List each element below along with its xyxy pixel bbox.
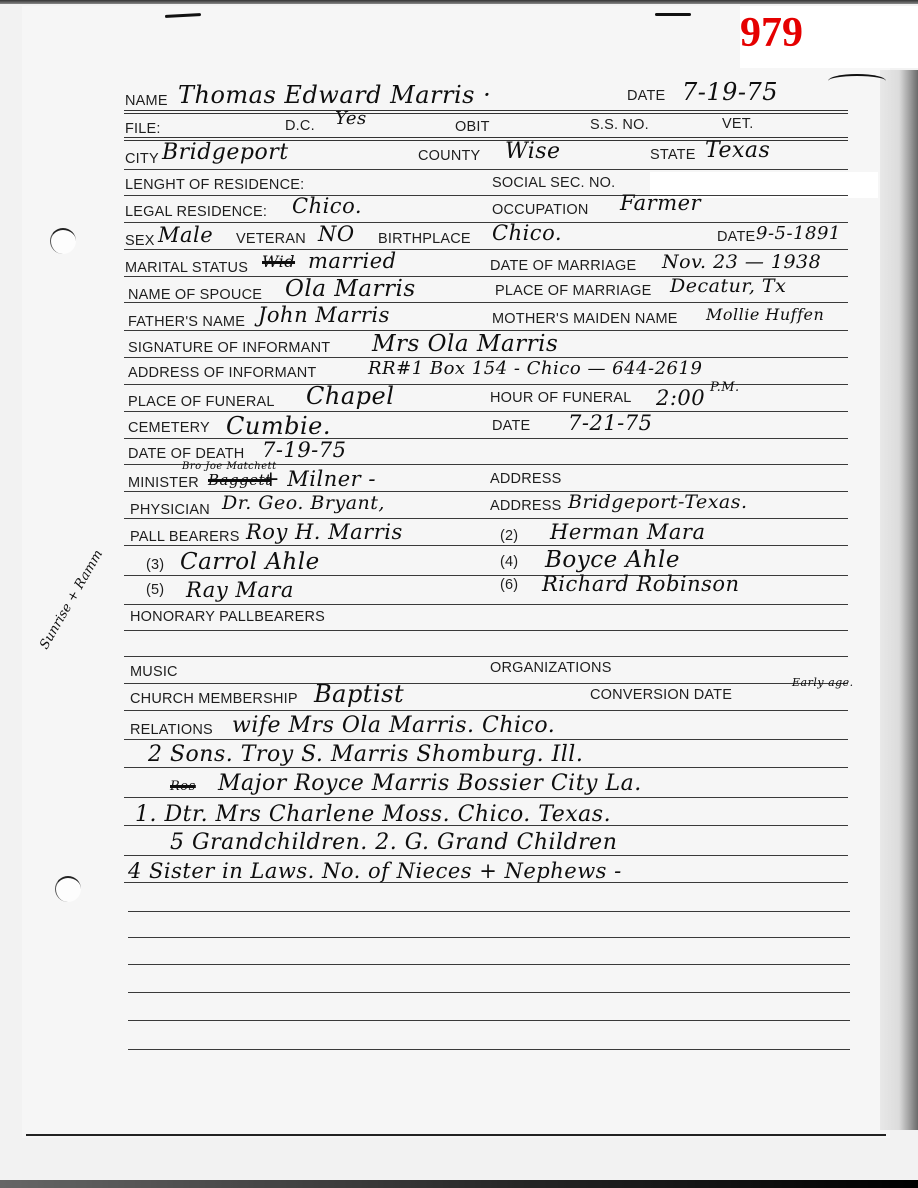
mothers-maiden-name-value: Mollie Huffen xyxy=(706,307,824,323)
city-label: CITY xyxy=(125,152,159,167)
pall-bearer-6-number: (6) xyxy=(500,578,518,593)
staple-mark-right xyxy=(655,13,691,16)
occupation-value: Farmer xyxy=(620,193,701,214)
form-line xyxy=(128,1049,850,1050)
name-label: NAME xyxy=(125,94,168,109)
form-line xyxy=(124,604,848,605)
spouse-name-value: Ola Marris xyxy=(285,278,416,301)
cemetery-value: Cumbie. xyxy=(226,414,331,438)
organizations-label: ORGANIZATIONS xyxy=(490,661,612,676)
honorary-pallbearers-label: HONORARY PALLBEARERS xyxy=(130,610,325,625)
social-sec-no-label: SOCIAL SEC. NO. xyxy=(492,176,615,191)
form-line xyxy=(124,195,848,196)
relations-label: RELATIONS xyxy=(130,723,213,738)
funeral-date-label: DATE xyxy=(492,419,530,434)
form-line xyxy=(124,630,848,631)
vet-label: VET. xyxy=(722,117,753,132)
date-of-death-value: 7-19-75 xyxy=(262,440,347,461)
form-line xyxy=(124,249,848,250)
mothers-maiden-name-label: MOTHER'S MAIDEN NAME xyxy=(492,312,678,327)
pall-bearer-4-number: (4) xyxy=(500,555,518,570)
place-of-funeral-label: PLACE OF FUNERAL xyxy=(128,395,275,410)
form-line xyxy=(128,992,850,993)
county-value: Wise xyxy=(505,141,561,163)
form-line xyxy=(124,767,848,768)
birth-date-label: DATE xyxy=(717,230,755,245)
length-of-residence-label: LENGHT OF RESIDENCE: xyxy=(125,178,304,193)
punch-hole-top xyxy=(50,228,76,254)
marital-status-value: married xyxy=(308,251,397,272)
pall-bearer-2: Herman Mara xyxy=(550,522,706,543)
pen-arc-mark xyxy=(828,74,886,88)
marital-status-struck-value: Wid xyxy=(262,254,295,270)
punch-hole-bottom xyxy=(55,876,81,902)
place-of-marriage-value: Decatur, Tx xyxy=(670,277,786,296)
form-line xyxy=(128,964,850,965)
occupation-label: OCCUPATION xyxy=(492,203,589,218)
relations-line-3: Major Royce Marris Bossier City La. xyxy=(218,773,642,795)
card-bottom-edge xyxy=(26,1134,886,1136)
date-of-marriage-value: Nov. 23 — 1938 xyxy=(662,253,821,272)
legal-residence-label: LEGAL RESIDENCE: xyxy=(125,205,267,220)
relations-line-2: 2 Sons. Troy S. Marris Shomburg. Ill. xyxy=(148,744,583,766)
minister-value: + Milner - xyxy=(262,469,376,490)
fathers-name-value: John Marris xyxy=(258,305,390,326)
address-informant-value: RR#1 Box 154 - Chico — 644-2619 xyxy=(368,360,702,378)
hour-of-funeral-value: 2:00 xyxy=(656,388,705,409)
music-label: MUSIC xyxy=(130,665,178,680)
veteran-label: VETERAN xyxy=(236,232,306,247)
date-of-death-label: DATE OF DEATH xyxy=(128,447,244,462)
church-membership-label: CHURCH MEMBERSHIP xyxy=(130,692,298,707)
pall-bearer-4: Boyce Ahle xyxy=(545,549,680,572)
scan-border-top xyxy=(0,0,918,4)
church-membership-value: Baptist xyxy=(314,682,404,706)
form-line xyxy=(124,855,848,856)
hour-of-funeral-label: HOUR OF FUNERAL xyxy=(490,391,632,406)
form-line xyxy=(124,222,848,223)
cemetery-label: CEMETERY xyxy=(128,421,210,436)
pall-bearer-5: Ray Mara xyxy=(186,580,294,601)
physician-value: Dr. Geo. Bryant, xyxy=(222,494,385,513)
spouse-name-label: NAME OF SPOUCE xyxy=(128,288,262,303)
relations-line-5: 5 Grandchildren. 2. G. Grand Children xyxy=(170,832,617,854)
pall-bearer-3: Carrol Ahle xyxy=(180,551,320,574)
form-line xyxy=(128,1020,850,1021)
state-value: Texas xyxy=(705,140,770,162)
form-line xyxy=(124,739,848,740)
signature-informant-label: SIGNATURE OF INFORMANT xyxy=(128,341,330,356)
minister-address-label: ADDRESS xyxy=(490,472,562,487)
birthplace-value: Chico. xyxy=(492,223,562,244)
sex-label: SEX xyxy=(125,234,155,249)
form-line xyxy=(124,518,848,519)
scan-border-bottom xyxy=(0,1180,918,1188)
record-number-stamp: 979 xyxy=(740,12,803,54)
pall-bearer-5-number: (5) xyxy=(146,583,164,598)
form-line xyxy=(128,937,850,938)
minister-label: MINISTER xyxy=(128,476,199,491)
form-line xyxy=(124,110,848,114)
physician-label: PHYSICIAN xyxy=(130,503,210,518)
relations-line-3-struck: Ros xyxy=(170,780,196,793)
obit-label: OBIT xyxy=(455,120,490,135)
place-of-marriage-label: PLACE OF MARRIAGE xyxy=(495,284,652,299)
funeral-date-value: 7-21-75 xyxy=(568,413,653,434)
marital-status-label: MARITAL STATUS xyxy=(125,261,248,276)
date-label: DATE xyxy=(627,89,665,104)
pall-bearers-label: PALL BEARERS xyxy=(130,530,240,545)
relations-line-1: wife Mrs Ola Marris. Chico. xyxy=(232,715,555,737)
form-line xyxy=(124,656,848,657)
place-of-funeral-value: Chapel xyxy=(306,384,394,408)
pall-bearer-6: Richard Robinson xyxy=(542,574,740,595)
physician-address-label: ADDRESS xyxy=(490,499,562,514)
form-line xyxy=(124,545,848,546)
pall-bearer-1: Roy H. Marris xyxy=(246,522,403,543)
form-line xyxy=(124,683,848,684)
birthplace-label: BIRTHPLACE xyxy=(378,232,471,247)
physician-address-value: Bridgeport-Texas. xyxy=(568,493,748,512)
hour-of-funeral-suffix: P.M. xyxy=(710,381,740,394)
name-value: Thomas Edward Marris · xyxy=(178,83,491,107)
ss-no-label: S.S. NO. xyxy=(590,118,649,133)
date-of-marriage-label: DATE OF MARRIAGE xyxy=(490,259,636,274)
fathers-name-label: FATHER'S NAME xyxy=(128,315,245,330)
date-value: 7-19-75 xyxy=(682,80,778,104)
address-informant-label: ADDRESS OF INFORMANT xyxy=(128,366,316,381)
birth-date-value: 9-5-1891 xyxy=(756,225,841,243)
dc-value: Yes xyxy=(335,110,367,128)
signature-informant-value: Mrs Ola Marris xyxy=(372,333,558,356)
dc-label: D.C. xyxy=(285,119,315,134)
county-label: COUNTY xyxy=(418,149,480,164)
pall-bearer-3-number: (3) xyxy=(146,558,164,573)
city-value: Bridgeport xyxy=(162,142,289,164)
conversion-date-label: CONVERSION DATE xyxy=(590,688,732,703)
card-edge-shadow xyxy=(880,70,918,1130)
pall-bearer-2-number: (2) xyxy=(500,529,518,544)
relations-line-6: 4 Sister in Laws. No. of Nieces + Nephew… xyxy=(128,861,622,882)
veteran-value: NO xyxy=(318,224,355,245)
legal-residence-value: Chico. xyxy=(292,196,362,217)
form-line xyxy=(128,911,850,912)
form-line xyxy=(124,710,848,711)
file-label: FILE: xyxy=(125,122,161,137)
sex-value: Male xyxy=(158,225,213,246)
form-line xyxy=(124,169,848,170)
form-line xyxy=(124,797,848,798)
state-label: STATE xyxy=(650,148,696,163)
conversion-date-value: Early age. xyxy=(792,677,854,688)
relations-line-4: 1. Dtr. Mrs Charlene Moss. Chico. Texas. xyxy=(135,804,611,826)
